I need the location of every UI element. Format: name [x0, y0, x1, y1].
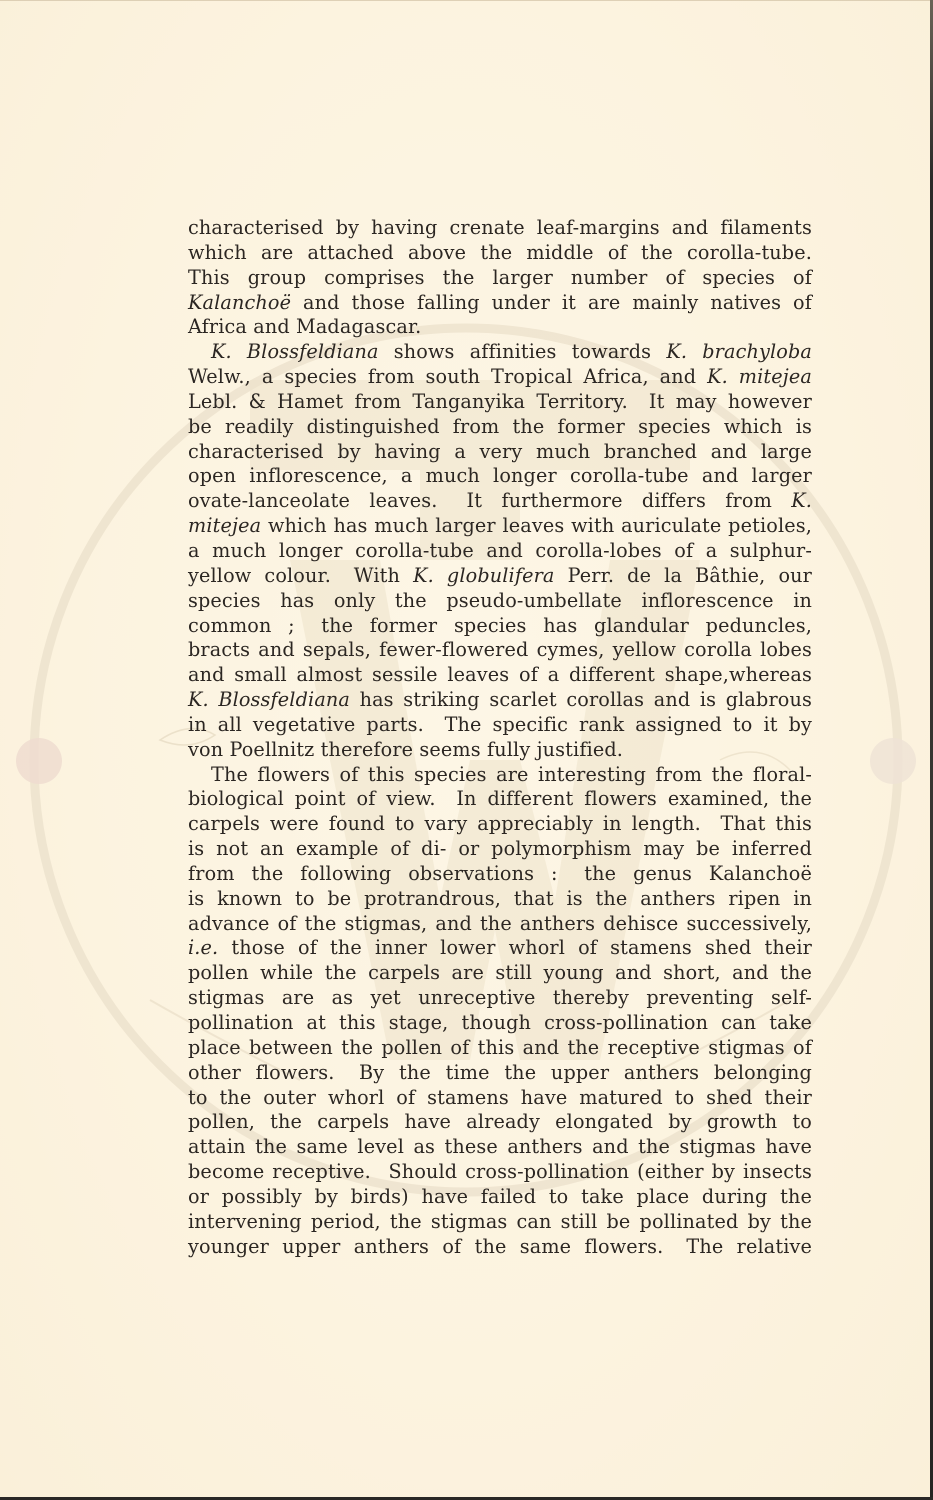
- text-line: advance of the stigmas, and the anthers …: [188, 912, 812, 937]
- text-line: attain the same level as these anthers a…: [188, 1135, 812, 1160]
- text-line: Welw., a species from south Tropical Afr…: [188, 365, 812, 390]
- text-line: is not an example of di- or polymorphism…: [188, 837, 812, 862]
- text-line: and small almost sessile leaves of a dif…: [188, 663, 812, 688]
- text-line: Kalanchoë and those falling under it are…: [188, 291, 812, 316]
- text-line: in all vegetative parts. The specific ra…: [188, 713, 812, 738]
- text-line: K. Blossfeldiana shows affinities toward…: [188, 340, 812, 365]
- text-line: Africa and Madagascar.: [188, 315, 812, 340]
- body-text: characterised by having crenate leaf-mar…: [188, 216, 812, 1259]
- text-line: is known to be protrandrous, that is the…: [188, 887, 812, 912]
- text-line: or possibly by birds) have failed to tak…: [188, 1185, 812, 1210]
- text-line: biological point of view. In different f…: [188, 787, 812, 812]
- text-line: be readily distinguished from the former…: [188, 415, 812, 440]
- text-line: mitejea which has much larger leaves wit…: [188, 514, 812, 539]
- text-line: common ; the former species has glandula…: [188, 614, 812, 639]
- text-line: open inflorescence, a much longer coroll…: [188, 464, 812, 489]
- text-line: ovate-lanceolate leaves. It furthermore …: [188, 489, 812, 514]
- text-line: stigmas are as yet unreceptive thereby p…: [188, 986, 812, 1011]
- text-line: younger upper anthers of the same flower…: [188, 1235, 812, 1260]
- page-edge-top: [0, 0, 933, 1]
- text-line: which are attached above the middle of t…: [188, 241, 812, 266]
- text-line: become receptive. Should cross-pollinati…: [188, 1160, 812, 1185]
- text-line: pollen while the carpels are still young…: [188, 961, 812, 986]
- text-line: This group comprises the larger number o…: [188, 266, 812, 291]
- text-line: a much longer corolla-tube and corolla-l…: [188, 539, 812, 564]
- text-line: pollination at this stage, though cross-…: [188, 1011, 812, 1036]
- text-line: pollen, the carpels have already elongat…: [188, 1110, 812, 1135]
- book-page: characterised by having crenate leaf-mar…: [0, 0, 930, 1497]
- text-line: characterised by having a very much bran…: [188, 440, 812, 465]
- text-line: von Poellnitz therefore seems fully just…: [188, 738, 812, 763]
- text-line: bracts and sepals, fewer-flowered cymes,…: [188, 638, 812, 663]
- text-line: yellow colour. With K. globulifera Perr.…: [188, 564, 812, 589]
- text-line: to the outer whorl of stamens have matur…: [188, 1086, 812, 1111]
- text-line: K. Blossfeldiana has striking scarlet co…: [188, 688, 812, 713]
- text-line: place between the pollen of this and the…: [188, 1036, 812, 1061]
- text-line: other flowers. By the time the upper ant…: [188, 1061, 812, 1086]
- text-line: The flowers of this species are interest…: [188, 763, 812, 788]
- text-line: intervening period, the stigmas can stil…: [188, 1210, 812, 1235]
- text-line: species has only the pseudo-umbellate in…: [188, 589, 812, 614]
- text-line: characterised by having crenate leaf-mar…: [188, 216, 812, 241]
- text-line: from the following observations : the ge…: [188, 862, 812, 887]
- text-line: i.e. those of the inner lower whorl of s…: [188, 936, 812, 961]
- text-line: carpels were found to vary appreciably i…: [188, 812, 812, 837]
- text-line: Lebl. & Hamet from Tanganyika Territory.…: [188, 390, 812, 415]
